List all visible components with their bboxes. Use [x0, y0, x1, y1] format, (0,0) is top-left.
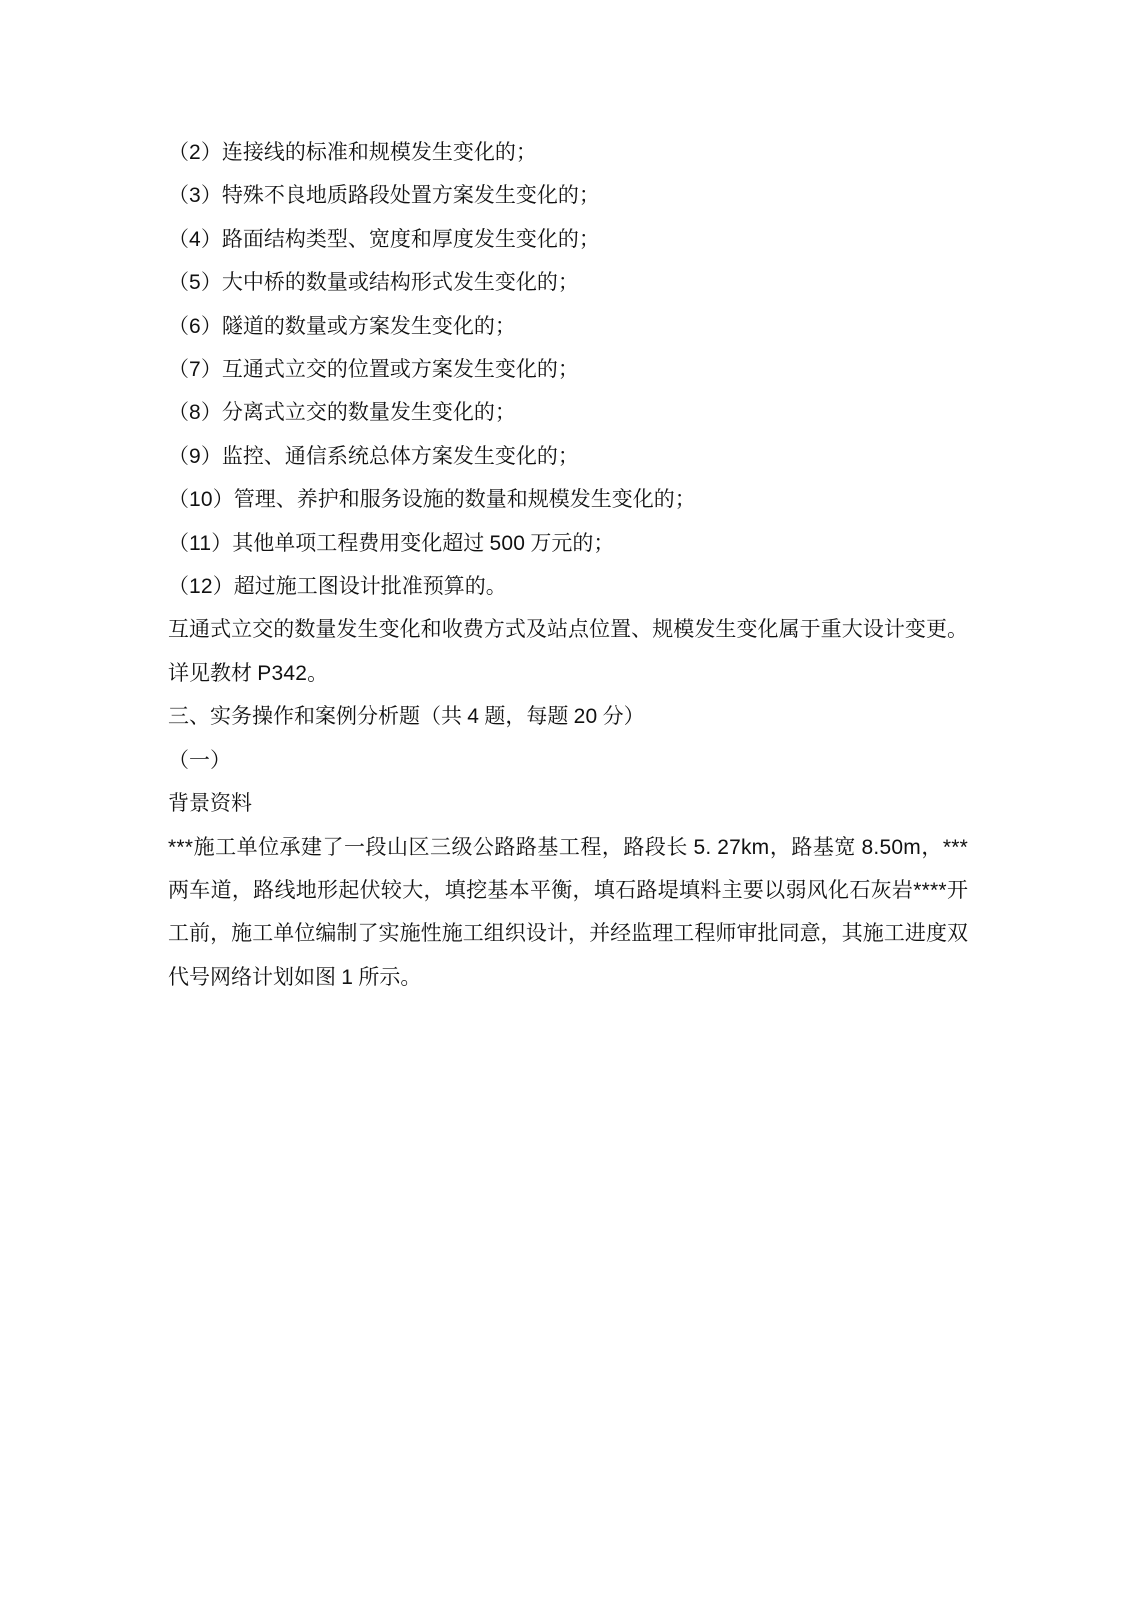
list-item: （10）管理、养护和服务设施的数量和规模发生变化的；: [168, 478, 968, 521]
list-item: （8）分离式立交的数量发生变化的；: [168, 391, 968, 434]
list-item: （2）连接线的标准和规模发生变化的；: [168, 131, 968, 174]
list-item: （9）监控、通信系统总体方案发生变化的；: [168, 435, 968, 478]
case-label: （一）: [168, 739, 968, 782]
background-paragraph: ***施工单位承建了一段山区三级公路路基工程，路段长 5. 27km，路基宽 8…: [168, 826, 968, 1000]
explanation-note: 互通式立交的数量发生变化和收费方式及站点位置、规模发生变化属于重大设计变更。详见…: [168, 608, 968, 695]
list-item: （6）隧道的数量或方案发生变化的；: [168, 305, 968, 348]
background-heading: 背景资料: [168, 782, 968, 825]
list-item: （7）互通式立交的位置或方案发生变化的；: [168, 348, 968, 391]
list-item: （3）特殊不良地质路段处置方案发生变化的；: [168, 174, 968, 217]
list-item: （4）路面结构类型、宽度和厚度发生变化的；: [168, 218, 968, 261]
section-heading: 三、实务操作和案例分析题（共 4 题，每题 20 分）: [168, 695, 968, 738]
list-item: （11）其他单项工程费用变化超过 500 万元的；: [168, 522, 968, 565]
list-item: （5）大中桥的数量或结构形式发生变化的；: [168, 261, 968, 304]
list-item: （12）超过施工图设计批准预算的。: [168, 565, 968, 608]
document-page: （2）连接线的标准和规模发生变化的； （3）特殊不良地质路段处置方案发生变化的；…: [0, 0, 1131, 1600]
